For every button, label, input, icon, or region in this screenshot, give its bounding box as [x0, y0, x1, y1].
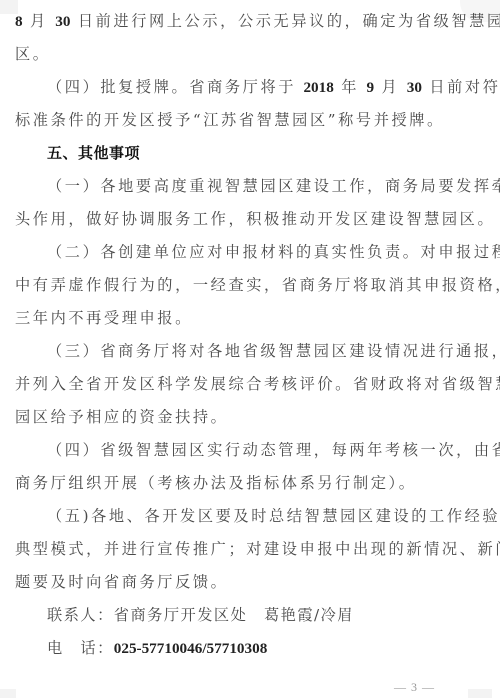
- text-line: 典型模式，并进行宣传推广；对建设申报中出现的新情况、新问: [15, 533, 485, 566]
- text: 月: [374, 78, 407, 96]
- text-line: （二）各创建单位应对申报材料的真实性负责。对申报过程: [15, 236, 485, 269]
- item-2: （二）各创建单位应对申报材料的真实性负责。对申报过程 中有弄虚作假行为的，一经查…: [15, 236, 485, 335]
- text-line: 三年内不再受理申报。: [15, 302, 485, 335]
- text: 月: [23, 12, 56, 30]
- text-line: 并列入全省开发区科学发展综合考核评价。省财政将对省级智慧: [15, 368, 485, 401]
- text-line: （四）省级智慧园区实行动态管理，每两年考核一次，由省: [15, 434, 485, 467]
- item-5: （五)各地、各开发区要及时总结智慧园区建设的工作经验、 典型模式，并进行宣传推广…: [15, 500, 485, 599]
- text: 日前进行网上公示，公示无异议的，确定为省级智慧园: [70, 12, 500, 30]
- text-line: 题要及时向省商务厅反馈。: [15, 566, 485, 599]
- phone-value: 025-57710046/57710308: [114, 640, 268, 657]
- item-1: （一）各地要高度重视智慧园区建设工作，商务局要发挥牵 头作用，做好协调服务工作，…: [15, 170, 485, 236]
- number: 30: [55, 13, 70, 30]
- text-line: 8 月 30 日前进行网上公示，公示无异议的，确定为省级智慧园: [15, 5, 485, 38]
- contact-value: 省商务厅开发区处 葛艳霞/冷眉: [114, 606, 354, 624]
- text-line: 中有弄虚作假行为的，一经查实，省商务厅将取消其申报资格，: [15, 269, 485, 302]
- number: 8: [15, 13, 23, 30]
- item-3: （三）省商务厅将对各地省级智慧园区建设情况进行通报， 并列入全省开发区科学发展综…: [15, 335, 485, 434]
- text: （四）批复授牌。省商务厅将于: [47, 78, 303, 96]
- section-heading: 五、其他事项: [15, 137, 485, 170]
- text-line: （三）省商务厅将对各地省级智慧园区建设情况进行通报，: [15, 335, 485, 368]
- text-line: 区。: [15, 38, 485, 71]
- scan-artifact-corner: [0, 689, 16, 698]
- text-line: （一）各地要高度重视智慧园区建设工作，商务局要发挥牵: [15, 170, 485, 203]
- text-line: 头作用，做好协调服务工作，积极推动开发区建设智慧园区。: [15, 203, 485, 236]
- contact-label: 联系人：: [47, 606, 114, 624]
- text-line: 园区给予相应的资金扶持。: [15, 401, 485, 434]
- contact-line: 联系人：省商务厅开发区处 葛艳霞/冷眉: [15, 599, 485, 632]
- text: 日前对符合: [422, 78, 500, 96]
- number: 9: [366, 79, 374, 96]
- number: 2018: [303, 79, 333, 96]
- text: 年: [334, 78, 367, 96]
- item-4: （四）省级智慧园区实行动态管理，每两年考核一次，由省 商务厅组织开展（考核办法及…: [15, 434, 485, 500]
- text: 标准条件的开发区授予“江苏省智慧园区”称号并授牌。: [15, 111, 445, 129]
- scan-artifact-corner: [468, 689, 492, 698]
- phone-line: 电 话：025-57710046/57710308: [15, 632, 485, 665]
- document-page: 8 月 30 日前进行网上公示，公示无异议的，确定为省级智慧园 区。 （四）批复…: [15, 5, 485, 665]
- page-number: — 3 —: [394, 680, 435, 695]
- text-line: （五)各地、各开发区要及时总结智慧园区建设的工作经验、: [15, 500, 485, 533]
- text-line: 标准条件的开发区授予“江苏省智慧园区”称号并授牌。: [15, 104, 485, 137]
- phone-label: 电 话：: [47, 639, 114, 657]
- text: 区。: [15, 45, 51, 63]
- text-line: 商务厅组织开展（考核办法及指标体系另行制定）。: [15, 467, 485, 500]
- paragraph-approval: （四）批复授牌。省商务厅将于 2018 年 9 月 30 日前对符合: [15, 71, 485, 104]
- number: 30: [407, 79, 422, 96]
